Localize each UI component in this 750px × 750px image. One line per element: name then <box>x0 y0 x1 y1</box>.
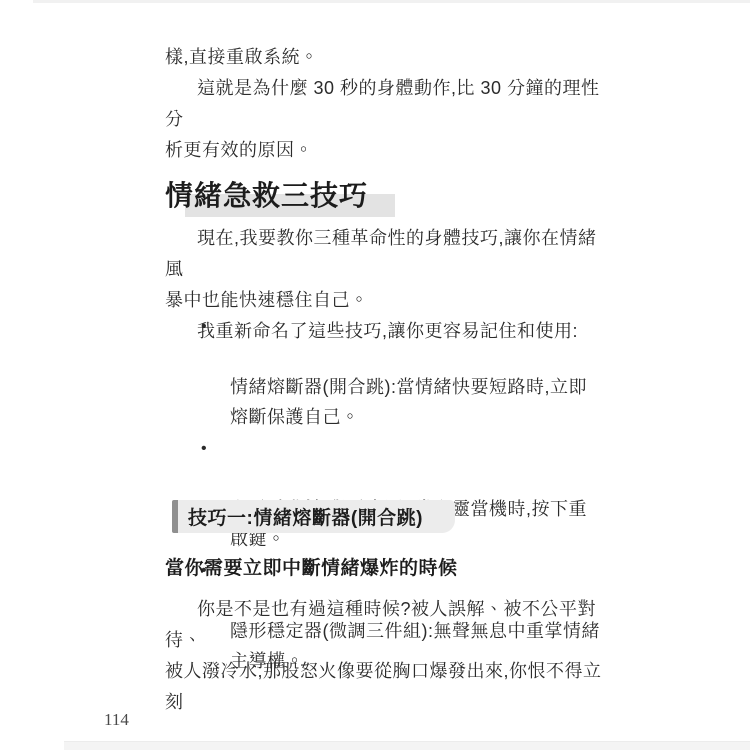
story-paragraph: 你是不是也有過這種時候?被人誤解、被不公平對待、 被人潑冷水,那股怒火像要從胸口… <box>165 594 613 718</box>
bullet-item-text: 情緒熔斷器(開合跳):當情緒快要短路時,立即 熔斷保護自己。 <box>230 377 587 427</box>
intro-paragraph: 這就是為什麼 30 秒的身體動作,比 30 分鐘的理性分 析更有效的原因。 <box>165 73 605 166</box>
now-paragraph: 現在,我要教你三種革命性的身體技巧,讓你在情緒風 暴中也能快速穩住自己。 <box>165 223 605 316</box>
intro-block: 樣,直接重啟系統。 這就是為什麼 30 秒的身體動作,比 30 分鐘的理性分 析… <box>165 42 605 166</box>
section-heading: 情緒急救三技巧 <box>165 179 368 213</box>
bullet-item-restart: • 心靈重啟鍵(舉手畫圓):當心靈當機時,按下重 啟鍵。 <box>165 434 610 554</box>
subheading: 當你需要立即中斷情緒爆炸的時候 <box>165 556 458 582</box>
bullet-item-fuse: • 情緒熔斷器(開合跳):當情緒快要短路時,立即 熔斷保護自己。 <box>165 312 610 432</box>
bullet-dot-icon: • <box>201 312 207 342</box>
story-block: 你是不是也有過這種時候?被人誤解、被不公平對待、 被人潑冷水,那股怒火像要從胸口… <box>165 594 613 718</box>
technique-box: 技巧一:情緒熔斷器(開合跳) <box>172 500 455 533</box>
section-heading-wrap: 情緒急救三技巧 <box>165 179 368 219</box>
next-page-edge <box>64 741 750 750</box>
bullet-dot-icon: • <box>201 434 207 464</box>
technique-box-title: 技巧一:情緒熔斷器(開合跳) <box>178 503 423 530</box>
carryover-paragraph: 樣,直接重啟系統。 <box>165 42 605 73</box>
previous-page-edge <box>33 0 750 3</box>
book-page: { "page": { "number": "114", "colors": {… <box>0 0 750 750</box>
page-number: 114 <box>104 710 129 730</box>
